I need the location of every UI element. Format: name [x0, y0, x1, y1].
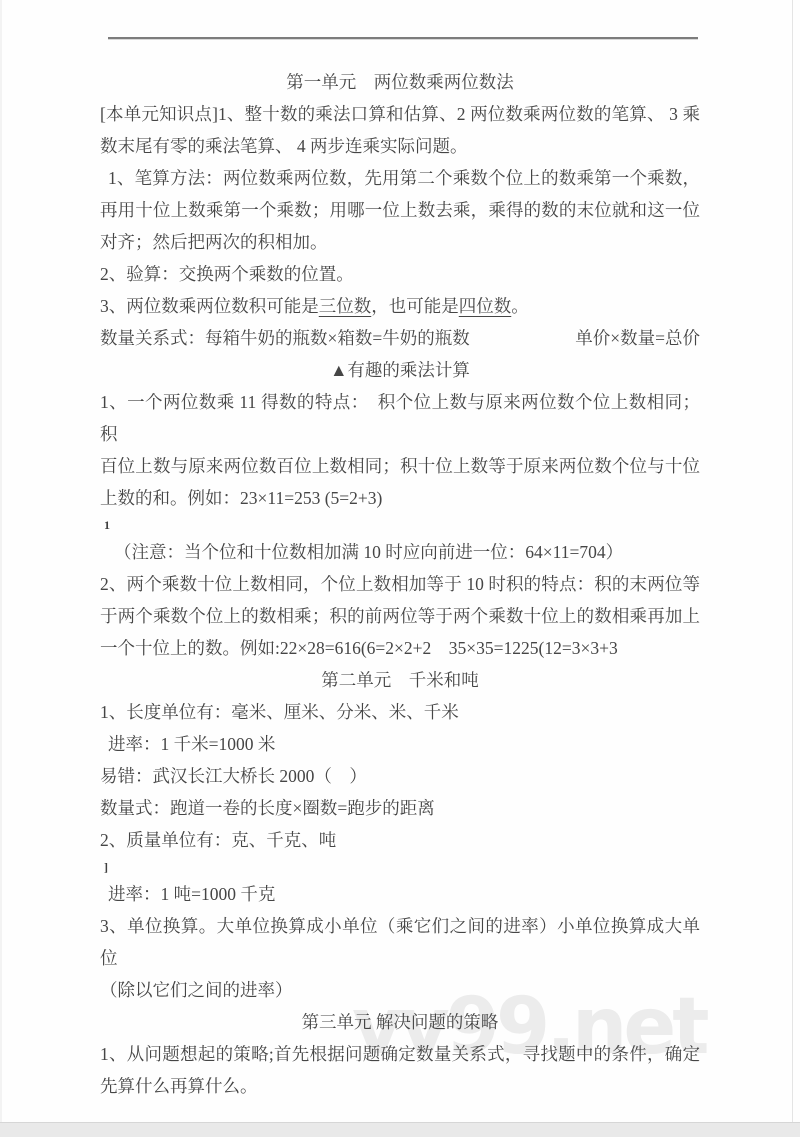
doc-line: 上数的和。例如：23×11=253 (5=2+3) — [100, 482, 700, 514]
scan-artifact-mark: ] — [100, 856, 700, 878]
doc-line: （注意：当个位和十位数相加满 10 时应向前进一位：64×11=704） — [100, 536, 700, 568]
doc-line: 进率：1 吨=1000 千克 — [100, 878, 700, 910]
section-heading-fun-multiplication: ▲有趣的乘法计算 — [100, 354, 700, 386]
doc-line-relation: 数量关系式：每箱牛奶的瓶数×箱数=牛奶的瓶数 单价×数量=总价 — [100, 322, 700, 354]
doc-line: 1、从问题想起的策略;首先根据问题确定数量关系式，寻找题中的条件，确定 — [100, 1038, 700, 1070]
bottom-bar — [0, 1122, 800, 1137]
relation-left: 数量关系式：每箱牛奶的瓶数×箱数=牛奶的瓶数 — [100, 322, 470, 354]
doc-line-underlined: 3、两位数乘两位数积可能是三位数，也可能是四位数。 — [100, 290, 700, 322]
doc-line: 1、一个两位数乘 11 得数的特点： 积个位上数与原来两位数个位上数相同；积 — [100, 386, 700, 450]
doc-line: 再用十位上数乘第一个乘数；用哪一位上数去乘，乘得的数的末位就和这一位 — [100, 194, 700, 226]
text-segment: 。 — [511, 296, 529, 316]
doc-line: 3、单位换算。大单位换算成小单位（乘它们之间的进率）小单位换算成大单位 — [100, 910, 700, 974]
doc-line: [本单元知识点]1、整十数的乘法口算和估算、2 两位数乘两位数的笔算、 3 乘 — [100, 98, 700, 130]
section-heading-unit1: 第一单元 两位数乘两位数法 — [100, 66, 700, 98]
doc-line: 易错：武汉长江大桥长 2000（ ） — [100, 760, 700, 792]
doc-line: 数量式：跑道一卷的长度×圈数=跑步的距离 — [100, 792, 700, 824]
relation-right: 单价×数量=总价 — [575, 322, 700, 354]
doc-line: 对齐；然后把两次的积相加。 — [100, 226, 700, 258]
doc-line: 1、长度单位有：毫米、厘米、分米、米、千米 — [100, 696, 700, 728]
doc-line: 一个十位上的数。例如:22×28=616(6=2×2+2 35×35=1225(… — [100, 632, 700, 664]
document-body: 第一单元 两位数乘两位数法 [本单元知识点]1、整十数的乘法口算和估算、2 两位… — [100, 66, 700, 1102]
section-heading-unit2: 第二单元 千米和吨 — [100, 664, 700, 696]
page-edge-right — [792, 0, 793, 1122]
doc-line: 1、笔算方法：两位数乘两位数，先用第二个乘数个位上的数乘第一个乘数， — [100, 162, 700, 194]
header-rule — [108, 37, 698, 39]
doc-line: 百位上数与原来两位数百位上数相同；积十位上数等于原来两位数个位与十位 — [100, 450, 700, 482]
doc-line: 于两个乘数个位上的数相乘；积的前两位等于两个乘数十位上的数相乘再加上 — [100, 600, 700, 632]
doc-line: 先算什么再算什么。 — [100, 1070, 700, 1102]
page-edge-left — [0, 0, 2, 1122]
section-heading-unit3: 第三单元 解决问题的策略 — [100, 1006, 700, 1038]
text-segment: 3、两位数乘两位数积可能是 — [100, 296, 319, 316]
doc-line: 数末尾有零的乘法笔算、 4 两步连乘实际问题。 — [100, 130, 700, 162]
text-segment: ，也可能是 — [371, 296, 459, 316]
underlined-text: 四位数 — [459, 296, 512, 316]
doc-line: （除以它们之间的进率） — [100, 974, 700, 1006]
document-page: vv99.net 第一单元 两位数乘两位数法 [本单元知识点]1、整十数的乘法口… — [0, 0, 800, 1137]
doc-line: 进率：1 千米=1000 米 — [100, 728, 700, 760]
scan-artifact-mark: 1 — [100, 514, 700, 536]
doc-line: 2、两个乘数十位上数相同，个位上数相加等于 10 时积的特点：积的末两位等 — [100, 568, 700, 600]
underlined-text: 三位数 — [319, 296, 372, 316]
doc-line: 2、质量单位有：克、千克、吨 — [100, 824, 700, 856]
doc-line: 2、验算：交换两个乘数的位置。 — [100, 258, 700, 290]
